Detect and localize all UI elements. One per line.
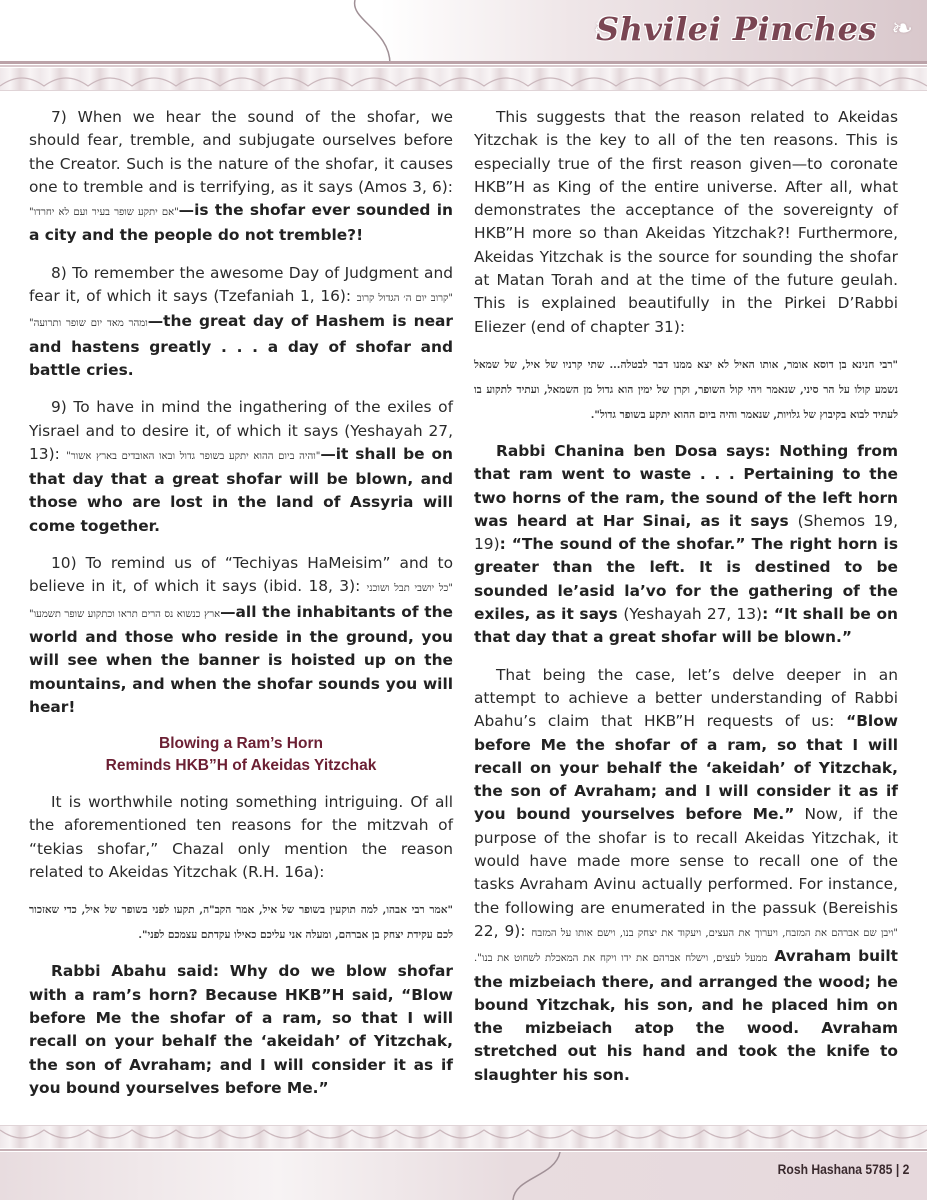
delve-rest: Now, if the purpose of the shofar is to … — [474, 805, 898, 939]
right-column: This suggests that the reason related to… — [474, 106, 898, 1101]
rabbi-chanina-paragraph: Rabbi Chanina ben Dosa says: Nothing fro… — [474, 440, 898, 650]
section-heading: Blowing a Ram’s Horn Reminds HKB”H of Ak… — [29, 733, 453, 777]
reason-9-paragraph: 9) To have in mind the ingathering of th… — [29, 396, 453, 538]
footer-curve-divider — [505, 1152, 565, 1200]
delve-intro: That being the case, let’s delve deeper … — [474, 666, 898, 731]
reason-10-paragraph: 10) To remind us of “Techiyas HaMeisim” … — [29, 552, 453, 719]
reason-9-hebrew-quote: "והיה ביום ההוא יתקע בשופר גדול ובאו האו… — [66, 451, 320, 462]
swirl-icon: ❧ — [891, 14, 913, 44]
left-column: 7) When we hear the sound of the shofar,… — [29, 106, 453, 1114]
page-number: 2 — [902, 1162, 909, 1177]
reason-7-paragraph: 7) When we hear the sound of the shofar,… — [29, 106, 453, 248]
bereishis-translation: Avraham built the mizbeiach there, and a… — [474, 947, 898, 1083]
page-header: ❧ Shvilei Pinches ❧ — [0, 0, 927, 100]
scallop-pattern-icon — [0, 1126, 927, 1148]
reason-8-paragraph: 8) To remember the awesome Day of Judgme… — [29, 262, 453, 382]
header-curve-divider — [350, 0, 410, 64]
hebrew-quote-rabbi-abahu: "אמר רבי אבהו, למה תוקעין בשופר של איל, … — [29, 898, 453, 948]
scallop-pattern-icon — [0, 68, 927, 90]
header-rule-secondary — [0, 65, 927, 67]
reason-7-intro: 7) When we hear the sound of the shofar,… — [29, 108, 453, 196]
rabbi-abahu-translation: Rabbi Abahu said: Why do we blow shofar … — [29, 960, 453, 1100]
chanina-reference-2: (Yeshayah 27, 13) — [623, 605, 762, 623]
intriguing-paragraph: It is worthwhile noting something intrig… — [29, 791, 453, 884]
issue-name: Rosh Hashana 5785 — [777, 1162, 892, 1177]
section-heading-line-1: Blowing a Ram’s Horn — [29, 733, 453, 755]
footer-issue-page: Rosh Hashana 5785 | 2 — [777, 1162, 909, 1177]
suggests-paragraph: This suggests that the reason related to… — [474, 106, 898, 339]
hebrew-quote-pirkei-drabbi-eliezer: "רבי חנינא בן דוסא אומר, אותו האיל לא יצ… — [474, 353, 898, 428]
delve-paragraph: That being the case, let’s delve deeper … — [474, 664, 898, 1087]
header-rule — [0, 61, 927, 64]
header-ornamental-border — [0, 68, 927, 91]
section-heading-line-2: Reminds HKB”H of Akeidas Yitzchak — [29, 755, 453, 777]
footer-separator: | — [895, 1162, 898, 1177]
reason-7-hebrew-quote: "אם יתקע שופר בעיר ועם לא יחרדו" — [29, 207, 179, 218]
footer-rule — [0, 1149, 927, 1151]
footer-ornamental-border — [0, 1125, 927, 1148]
publication-title: Shvilei Pinches — [596, 10, 877, 48]
